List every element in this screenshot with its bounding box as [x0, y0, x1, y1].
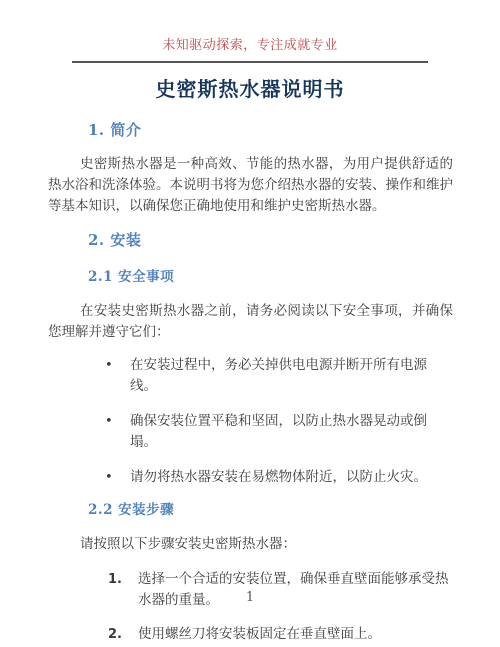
list-item-text: 使用螺丝刀将安装板固定在垂直壁面上。	[138, 626, 381, 642]
header-slogan: 未知驱动探索，专注成就专业	[0, 38, 500, 54]
list-item-text: 确保安装位置平稳和坚固，以防止热水器晃动或倒塌。	[130, 413, 427, 450]
document-title: 史密斯热水器说明书	[0, 77, 500, 101]
header-divider	[72, 61, 428, 63]
intro-paragraph: 史密斯热水器是一种高效、节能的热水器，为用户提供舒适的热水浴和洗涤体验。本说明书…	[48, 154, 453, 217]
page-number: 1	[246, 590, 254, 605]
step-number: 2.	[108, 624, 122, 645]
subsection-heading-steps: 2.2 安装步骤	[88, 502, 453, 518]
list-item: 2. 使用螺丝刀将安装板固定在垂直壁面上。	[48, 624, 453, 645]
list-item: • 请勿将热水器安装在易燃物体附近，以防止火灾。	[48, 467, 453, 488]
safety-bullet-list: • 在安装过程中，务必关掉供电电源并断开所有电源线。 • 确保安装位置平稳和坚固…	[48, 355, 453, 488]
bullet-icon: •	[105, 467, 113, 488]
list-item-text: 在安装过程中，务必关掉供电电源并断开所有电源线。	[130, 357, 427, 394]
subsection-heading-safety: 2.1 安全事项	[88, 269, 453, 285]
list-item-text: 请勿将热水器安装在易燃物体附近，以防止火灾。	[130, 469, 427, 485]
safety-paragraph: 在安装史密斯热水器之前，请务必阅读以下安全事项，并确保您理解并遵守它们：	[48, 301, 453, 343]
section-heading-intro: 1. 简介	[88, 121, 453, 139]
install-steps-list: 1. 选择一个合适的安装位置，确保垂直壁面能够承受热水器的重量。 2. 使用螺丝…	[48, 569, 453, 645]
list-item: • 在安装过程中，务必关掉供电电源并断开所有电源线。	[48, 355, 453, 397]
list-item: • 确保安装位置平稳和坚固，以防止热水器晃动或倒塌。	[48, 411, 453, 453]
document-page: 未知驱动探索，专注成就专业 史密斯热水器说明书 1. 简介 史密斯热水器是一种高…	[0, 0, 500, 647]
page-header: 未知驱动探索，专注成就专业	[0, 0, 500, 63]
document-body: 1. 简介 史密斯热水器是一种高效、节能的热水器，为用户提供舒适的热水浴和洗涤体…	[0, 121, 500, 645]
section-heading-install: 2. 安装	[88, 231, 453, 249]
bullet-icon: •	[105, 355, 113, 376]
steps-paragraph: 请按照以下步骤安装史密斯热水器：	[48, 534, 453, 555]
bullet-icon: •	[105, 411, 113, 432]
page-footer: 1	[0, 586, 500, 605]
